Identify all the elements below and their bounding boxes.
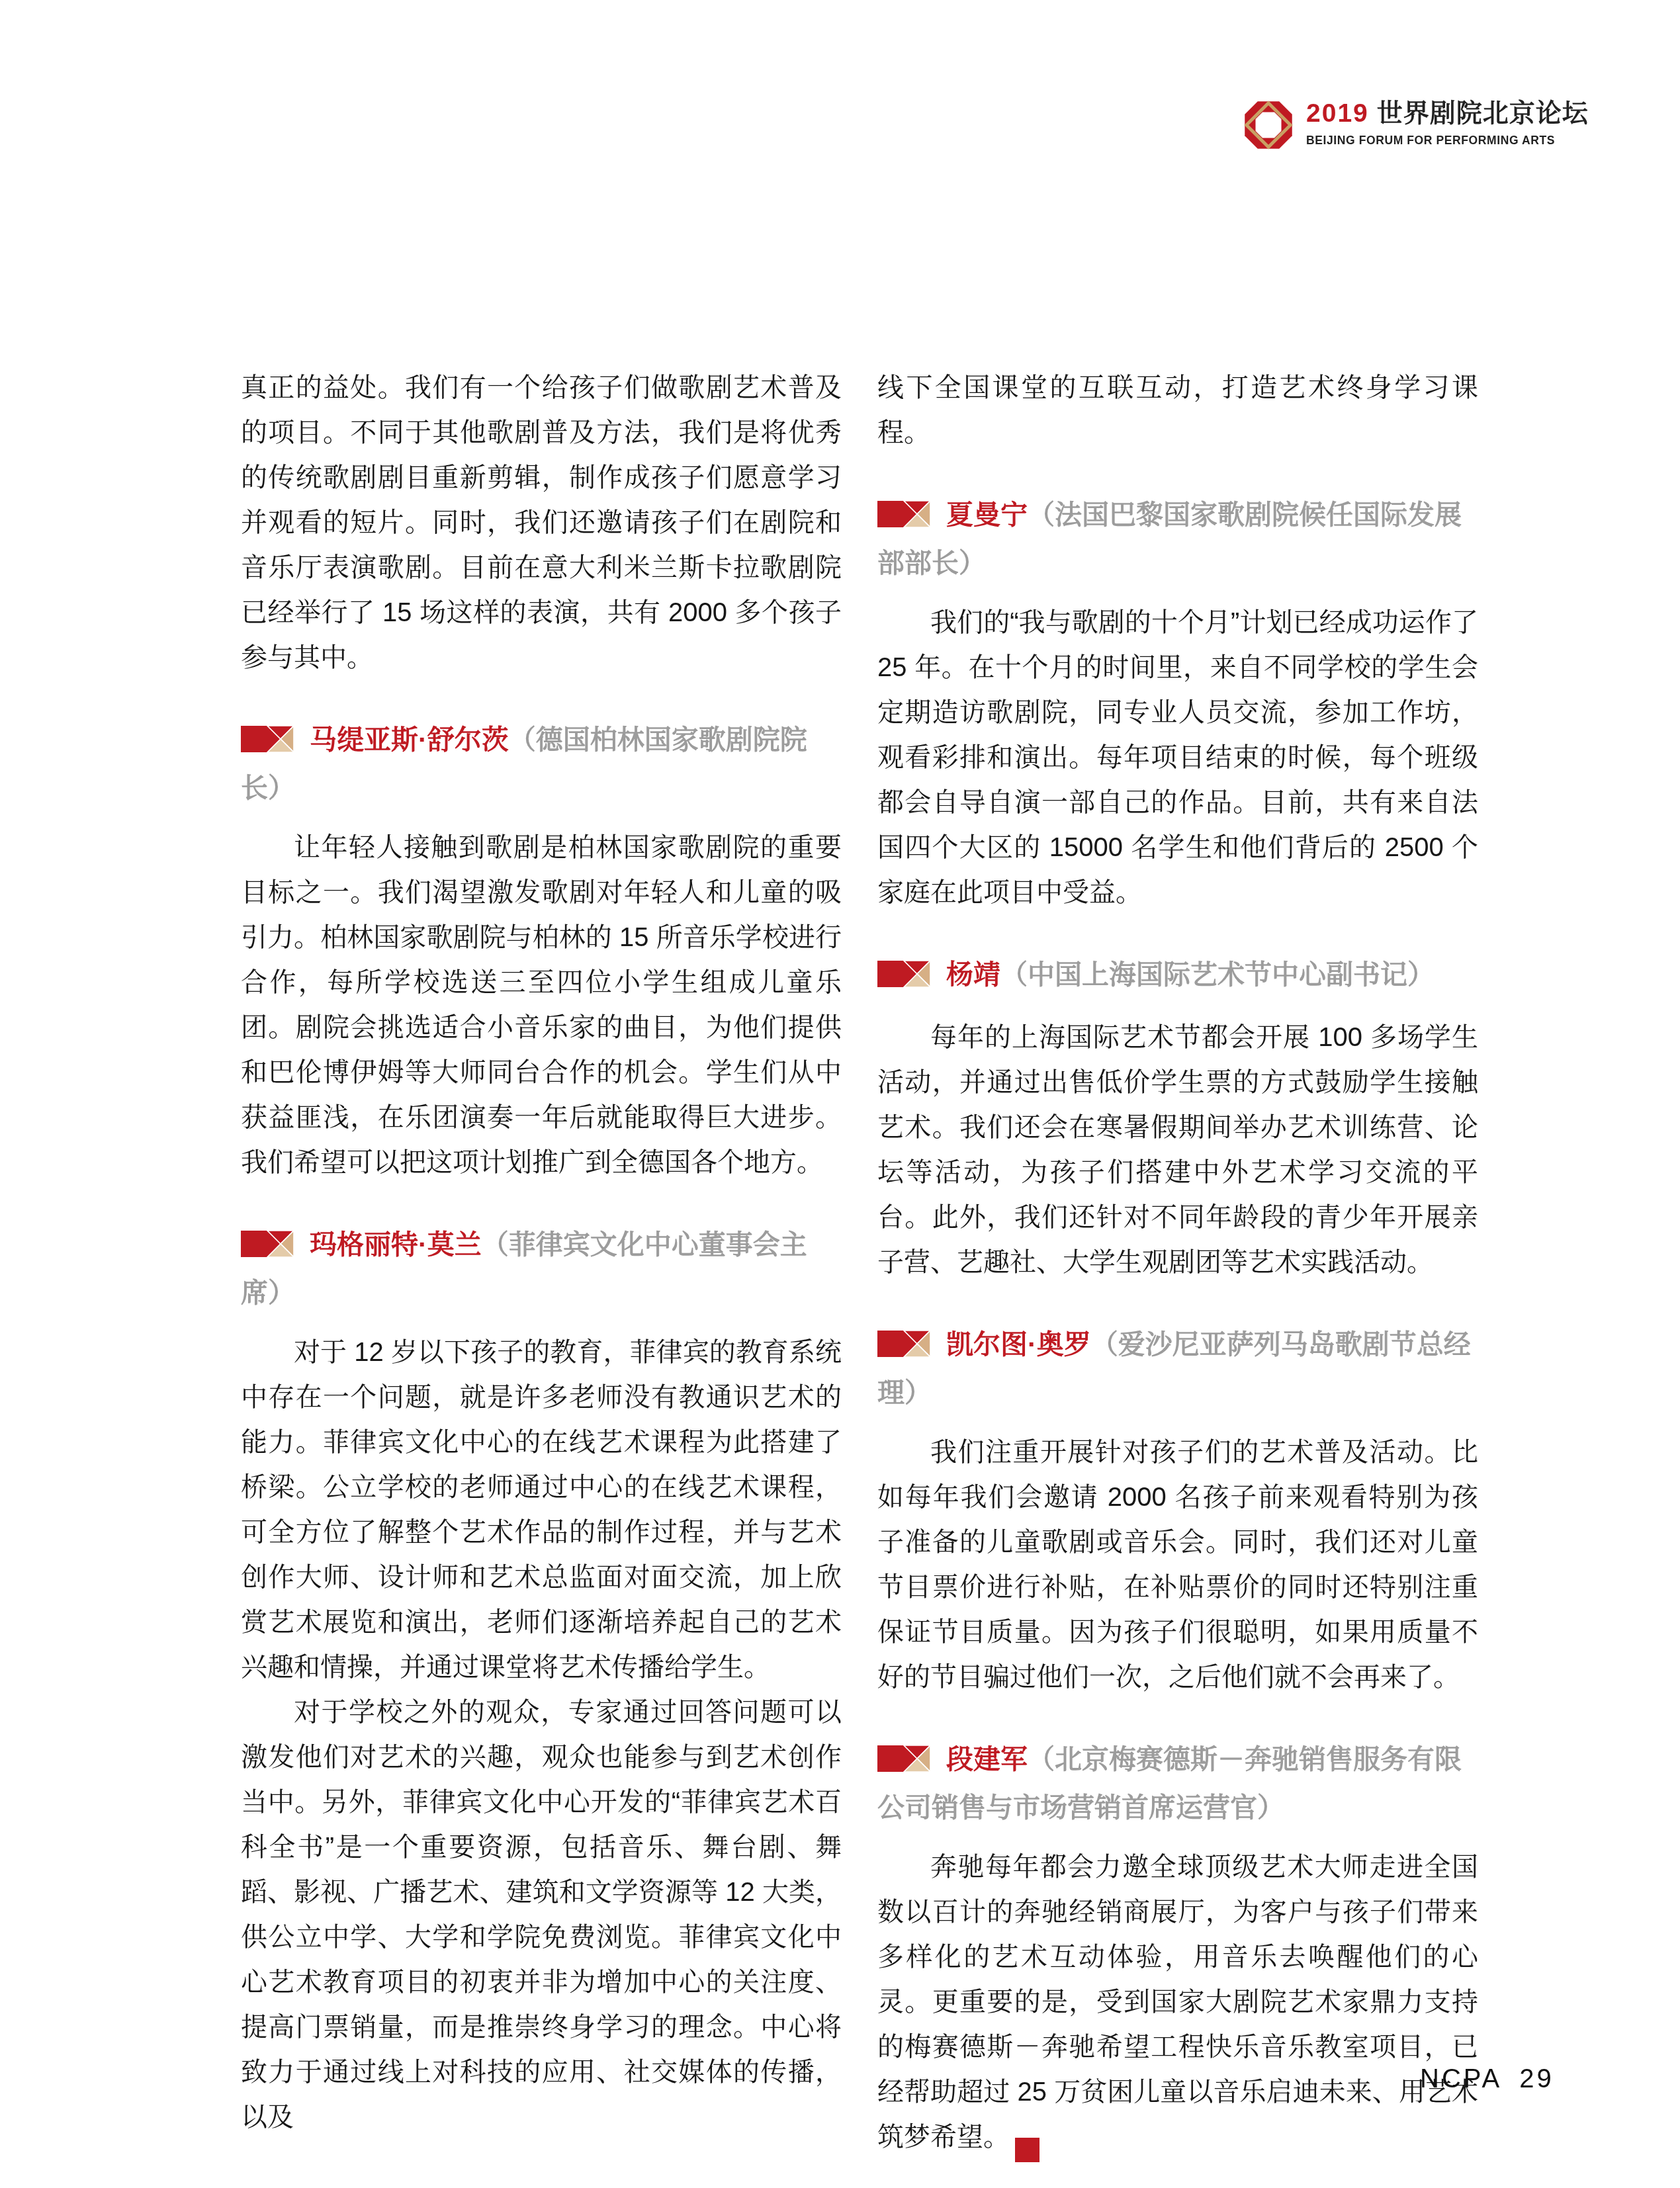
speaker-header: 段建军（北京梅赛德斯－奔驰销售服务有限公司销售与市场营销首席运营官） [877,1737,1478,1830]
speaker-marker-icon [241,1225,294,1270]
speaker-header: 马缇亚斯·舒尔茨（德国柏林国家歌剧院院长） [241,717,842,810]
speaker-header: 玛格丽特·莫兰（菲律宾文化中心董事会主席） [241,1222,842,1315]
speaker-name: 玛格丽特·莫兰 [310,1229,482,1260]
speaker-marker-icon [877,1740,930,1785]
speaker-paragraph-text: 奔驰每年都会力邀全球顶级艺术大师走进全国数以百计的奔驰经销商展厅，为客户与孩子们… [877,1853,1478,2152]
footer-brand: NCPA [1420,2064,1502,2093]
speaker-marker-icon [877,496,930,541]
ncpa-end-mark-icon: NCPA [1015,2138,1039,2162]
speaker-header: 夏曼宁（法国巴黎国家歌剧院候任国际发展部部长） [877,492,1478,586]
speaker-header: 杨靖（中国上海国际艺术节中心副书记） [877,952,1478,1000]
forum-title-cn: 世界剧院北京论坛 [1377,99,1589,128]
speaker-name: 马缇亚斯·舒尔茨 [310,724,509,755]
speaker-paragraph: 对于学校之外的观众，专家通过回答问题可以激发他们对艺术的兴趣，观众也能参与到艺术… [241,1690,842,2140]
speaker-name: 杨靖 [946,959,1000,990]
speaker-paragraph: 奔驰每年都会力邀全球顶级艺术大师走进全国数以百计的奔驰经销商展厅，为客户与孩子们… [877,1845,1478,2162]
speaker-paragraph: 对于 12 岁以下孩子的教育，菲律宾的教育系统中存在一个问题，就是许多老师没有教… [241,1330,842,1690]
speaker-paragraph: 我们注重开展针对孩子们的艺术普及活动。比如每年我们会邀请 2000 名孩子前来观… [877,1430,1478,1700]
masthead-text: 2019世界剧院北京论坛 BEIJING FORUM FOR PERFORMIN… [1306,99,1589,148]
forum-title: 2019世界剧院北京论坛 [1306,99,1589,129]
continuation-paragraph: 真正的益处。我们有一个给孩子们做歌剧艺术普及的项目。不同于其他歌剧普及方法，我们… [241,365,842,680]
speaker-name: 凯尔图·奥罗 [946,1329,1091,1360]
page-footer: NCPA29 [1420,2064,1554,2094]
continuation-paragraph: 线下全国课堂的互联互动，打造艺术终身学习课程。 [877,365,1478,455]
right-column: 线下全国课堂的互联互动，打造艺术终身学习课程。 夏曼宁（法国巴黎国家歌剧院候任国… [877,365,1478,2162]
forum-logo-icon [1243,99,1294,151]
speaker-role: （中国上海国际艺术节中心副书记） [1000,959,1435,990]
speaker-paragraph: 我们的“我与歌剧的十个月”计划已经成功运作了 25 年。在十个月的时间里，来自不… [877,600,1478,915]
speaker-name: 夏曼宁 [946,500,1028,530]
left-column: 真正的益处。我们有一个给孩子们做歌剧艺术普及的项目。不同于其他歌剧普及方法，我们… [241,365,842,2140]
speaker-marker-icon [877,1325,930,1370]
page-header: 2019世界剧院北京论坛 BEIJING FORUM FOR PERFORMIN… [1243,99,1589,151]
speaker-name: 段建军 [946,1744,1028,1774]
forum-year: 2019 [1306,99,1369,128]
magazine-page: 2019世界剧院北京论坛 BEIJING FORUM FOR PERFORMIN… [0,0,1680,2188]
forum-subtitle: BEIJING FORUM FOR PERFORMING ARTS [1306,134,1589,148]
speaker-marker-icon [877,955,930,1000]
page-number: 29 [1519,2064,1554,2093]
speaker-paragraph: 每年的上海国际艺术节都会开展 100 多场学生活动，并通过出售低价学生票的方式鼓… [877,1015,1478,1285]
speaker-marker-icon [241,721,294,766]
speaker-paragraph: 让年轻人接触到歌剧是柏林国家歌剧院的重要目标之一。我们渴望激发歌剧对年轻人和儿童… [241,825,842,1185]
speaker-header: 凯尔图·奥罗（爱沙尼亚萨列马岛歌剧节总经理） [877,1322,1478,1415]
